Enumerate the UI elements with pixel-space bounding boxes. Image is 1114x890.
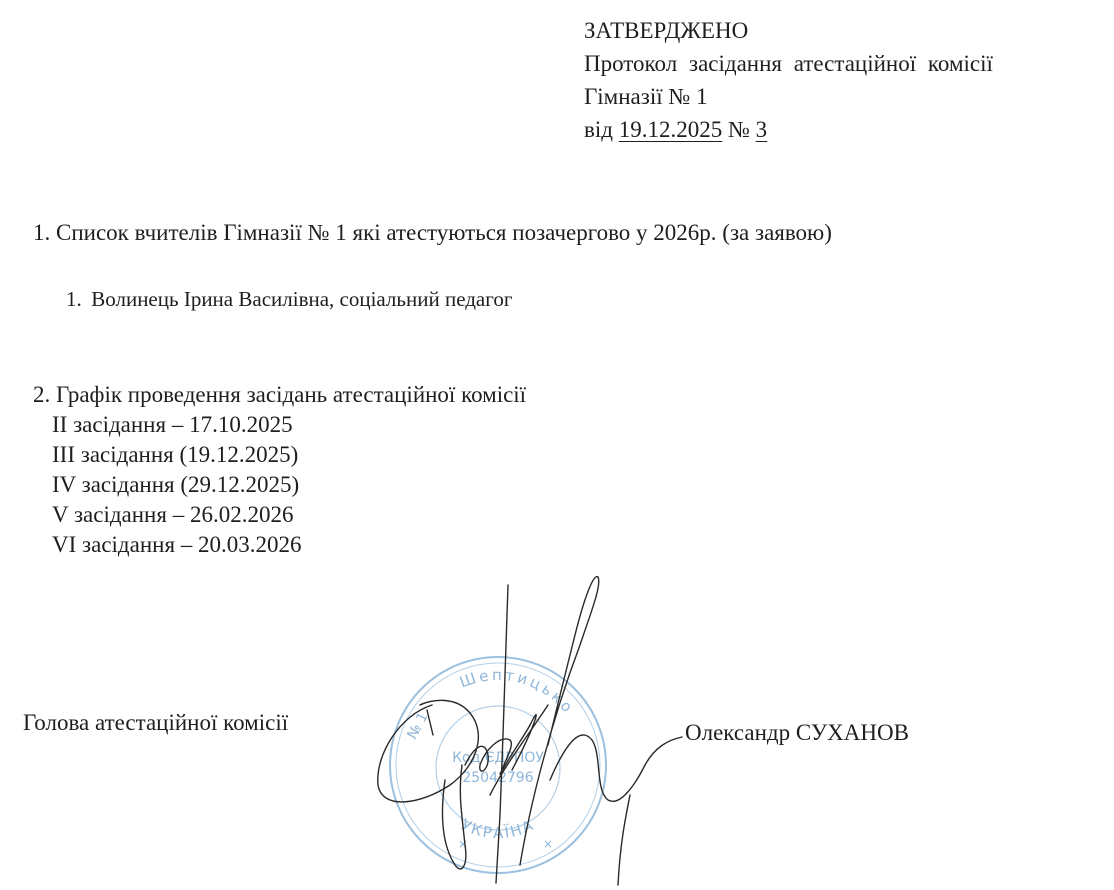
list-item: 1. Волинець Ірина Василівна, соціальний … (66, 285, 512, 313)
approval-block: ЗАТВЕРДЖЕНО Протокол засідання атестацій… (584, 14, 993, 146)
section1-title: 1. Список вчителів Гімназії № 1 які атес… (33, 218, 832, 248)
number-sign: № (728, 117, 750, 142)
protocol-date: 19.12.2025 (619, 117, 723, 142)
protocol-line: Протокол засідання атестаційної комісії (584, 47, 993, 80)
list-item-number: 1. (66, 285, 86, 313)
meeting-item: ІІ засідання – 17.10.2025 (33, 410, 526, 440)
section2-title: 2. Графік проведення засідань атестаційн… (33, 380, 526, 410)
handwritten-signature (370, 565, 700, 890)
signatory-role: Голова атестаційної комісії (23, 708, 288, 738)
meeting-item: ІІІ засідання (19.12.2025) (33, 440, 526, 470)
meeting-item: IV засідання (29.12.2025) (33, 470, 526, 500)
section2-schedule: 2. Графік проведення засідань атестаційн… (33, 380, 526, 560)
institution-name: Гімназії № 1 (584, 80, 993, 113)
meeting-item: VI засідання – 20.03.2026 (33, 530, 526, 560)
meeting-item: V засідання – 26.02.2026 (33, 500, 526, 530)
protocol-date-line: від 19.12.2025 № 3 (584, 113, 993, 146)
list-item-text: Волинець Ірина Василівна, соціальний пед… (91, 287, 512, 311)
protocol-number: 3 (756, 117, 768, 142)
signatory-name: Олександр СУХАНОВ (685, 718, 909, 748)
approval-status: ЗАТВЕРДЖЕНО (584, 14, 993, 47)
date-prefix: від (584, 117, 613, 142)
